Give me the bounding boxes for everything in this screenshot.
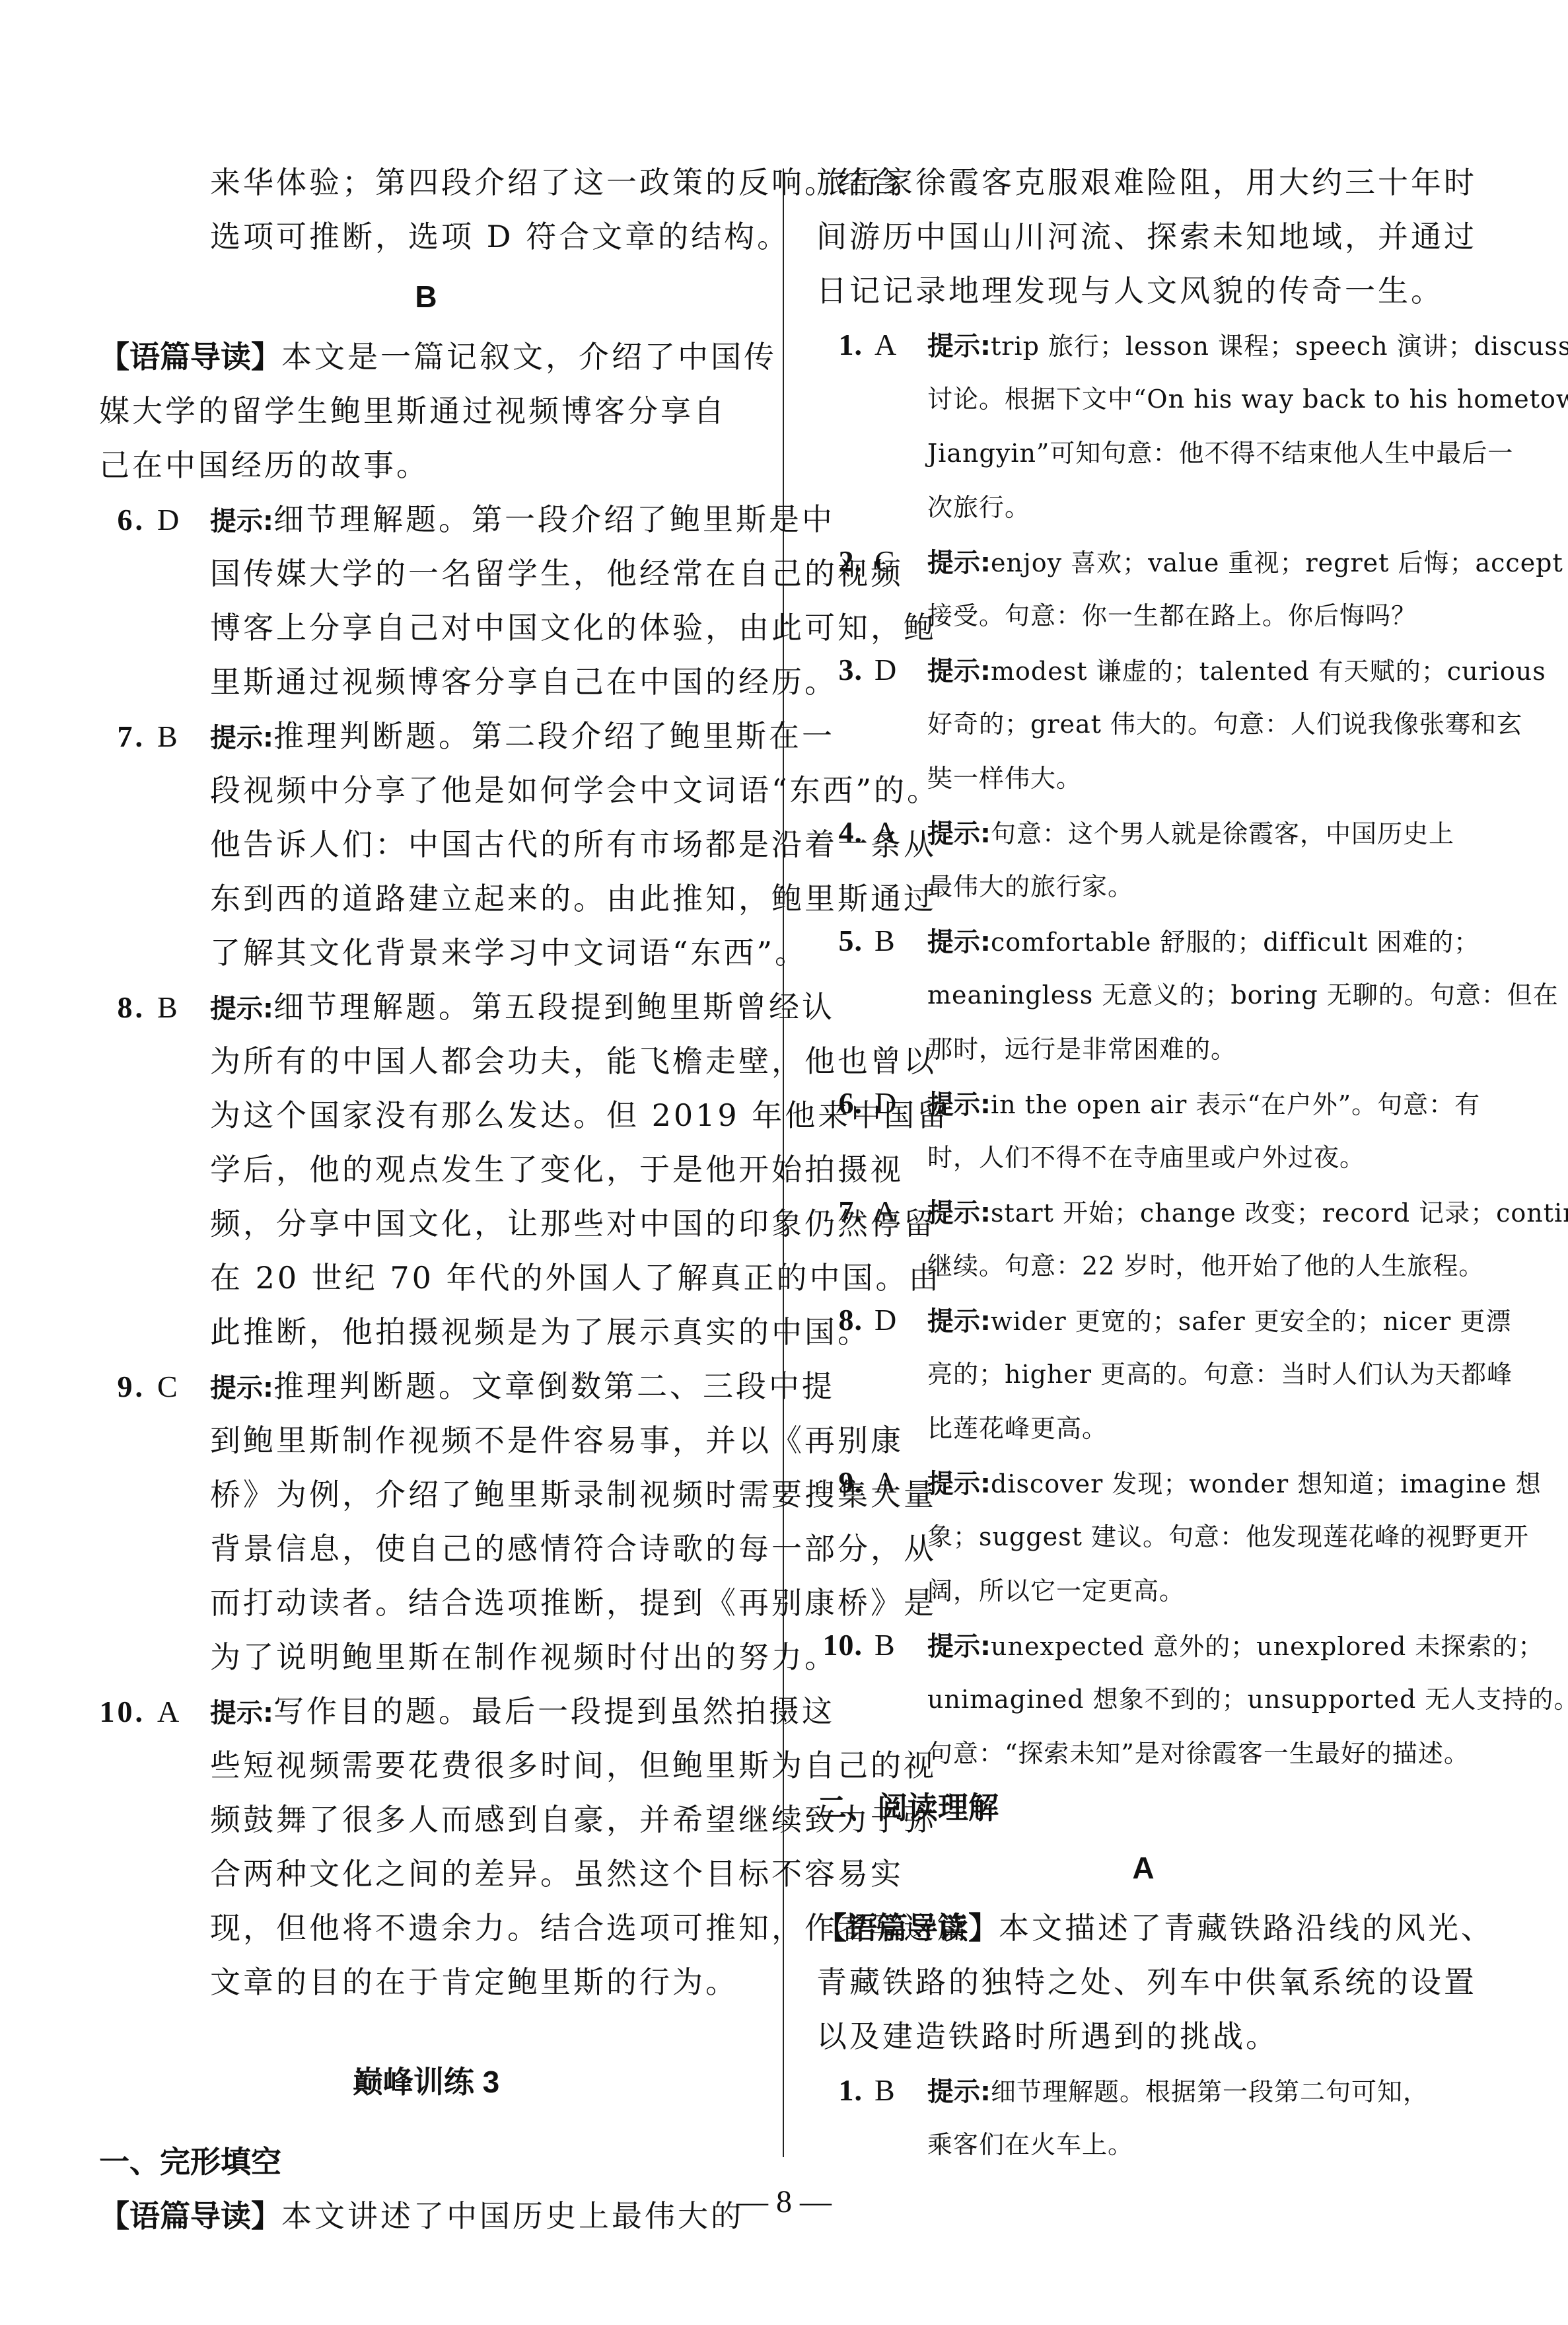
question-number: 3. <box>816 643 863 697</box>
question-8: 8.D提示:wider 更宽的；safer 更安全的；nicer 更漂 <box>816 1293 1470 1347</box>
question-answer: D <box>863 1076 927 1130</box>
question-answer: B <box>863 2063 927 2118</box>
hint-text: 细节理解题。第一段介绍了鲍里斯是中 <box>273 501 835 537</box>
hint-text: discover 发现；wonder 想知道；imagine 想 <box>991 1469 1542 1498</box>
section-heading-a: A <box>816 1835 1470 1901</box>
question-answer: C <box>145 1360 210 1414</box>
guide-tag: 【语篇导读】 <box>816 1910 999 1946</box>
text-line: 象；suggest 建议。句意：他发现莲花峰的视野更开 <box>816 1510 1470 1564</box>
hint-text: 细节理解题。第五段提到鲍里斯曾经认 <box>273 989 835 1025</box>
hint-text: 推理判断题。文章倒数第二、三段中提 <box>273 1368 835 1404</box>
text-line: 博客上分享自己对中国文化的体验，由此可知，鲍 <box>99 601 753 655</box>
question-number: 9. <box>99 1360 145 1414</box>
section-heading-b: B <box>99 264 753 330</box>
question-answer: B <box>863 914 927 968</box>
text-line: 国传媒大学的一名留学生，他经常在自己的视频 <box>99 546 753 601</box>
text-line: 最伟大的旅行家。 <box>816 860 1470 914</box>
question-answer: B <box>863 1618 927 1672</box>
question-2: 2.C提示:enjoy 喜欢；value 重视；regret 后悔；accept <box>816 535 1470 589</box>
hint-label: 提示: <box>927 1469 991 1499</box>
guide-paragraph: 【语篇导读】本文是一篇记叙文，介绍了中国传 <box>99 330 753 384</box>
text-line: 合两种文化之间的差异。虽然这个目标不容易实 <box>99 1847 753 1901</box>
text-line: 句意：“探索未知”是对徐霞客一生最好的描述。 <box>816 1726 1470 1781</box>
text-line: 己在中国经历的故事。 <box>99 438 753 492</box>
guide-text: 本文是一篇记叙文，介绍了中国传 <box>281 339 777 375</box>
question-answer: D <box>863 643 927 697</box>
text-line: 时，人们不得不在寺庙里或户外过夜。 <box>816 1130 1470 1185</box>
hint-label: 提示: <box>927 1306 991 1337</box>
page-number: — 8 — <box>0 2184 1568 2220</box>
question-number: 10. <box>99 1685 145 1739</box>
hint-text: 推理判断题。第二段介绍了鲍里斯在一 <box>273 718 835 754</box>
question-answer: A <box>145 1685 210 1739</box>
text-line: 而打动读者。结合选项推断，提到《再别康桥》是 <box>99 1576 753 1630</box>
question-number: 8. <box>99 980 145 1035</box>
left-column: 来华体验；第四段介绍了这一政策的反响。结合 选项可推断，选项 D 符合文章的结构… <box>99 155 753 2243</box>
question-number: 2. <box>816 535 863 589</box>
reading-question-1: 1.B提示:细节理解题。根据第一段第二句可知， <box>816 2063 1470 2118</box>
question-7: 7.A提示:start 开始；change 改变；record 记录；conti… <box>816 1185 1470 1239</box>
text-line: 为所有的中国人都会功夫，能飞檐走壁，他也曾以 <box>99 1034 753 1088</box>
text-line: 乘客们在火车上。 <box>816 2118 1470 2172</box>
text-line: 他告诉人们：中国古代的所有市场都是沿着一条从 <box>99 817 753 871</box>
question-number: 4. <box>816 805 863 860</box>
hint-text: start 开始；change 改变；record 记录；continue <box>991 1199 1568 1228</box>
hint-text: enjoy 喜欢；value 重视；regret 后悔；accept <box>991 548 1563 577</box>
question-9: 9.A提示:discover 发现；wonder 想知道；imagine 想 <box>816 1456 1470 1510</box>
question-number: 10. <box>816 1618 863 1672</box>
hint-label: 提示: <box>210 1698 273 1728</box>
text-line: 继续。句意：22 岁时，他开始了他的人生旅程。 <box>816 1239 1470 1293</box>
hint-label: 提示: <box>927 1198 991 1228</box>
text-line: Jiangyin”可知句意：他不得不结束他人生中最后一 <box>816 426 1470 480</box>
question-answer: A <box>863 805 927 860</box>
question-answer: C <box>863 535 927 589</box>
text-line: 间游历中国山川河流、探索未知地域，并通过 <box>816 209 1470 264</box>
text-line: 现，但他将不遗余力。结合选项可推知，作者写这篇 <box>99 1901 753 1955</box>
text-line: 亮的；higher 更高的。句意：当时人们认为天都峰 <box>816 1347 1470 1401</box>
hint-label: 提示: <box>927 331 991 361</box>
question-number: 1. <box>816 318 863 372</box>
hint-label: 提示: <box>210 1373 273 1403</box>
hint-label: 提示: <box>927 2077 991 2107</box>
question-3: 3.D提示:modest 谦虚的；talented 有天赋的；curious <box>816 643 1470 697</box>
question-9: 9.C提示:推理判断题。文章倒数第二、三段中提 <box>99 1359 753 1413</box>
answer-key-page: 来华体验；第四段介绍了这一政策的反响。结合 选项可推断，选项 D 符合文章的结构… <box>0 0 1568 2325</box>
hint-label: 提示: <box>927 1089 991 1120</box>
question-4: 4.A提示:句意：这个男人就是徐霞客，中国历史上 <box>816 805 1470 860</box>
text-line: 以及建造铁路时所遇到的挑战。 <box>816 2009 1470 2063</box>
question-number: 1. <box>816 2063 863 2118</box>
hint-text: in the open air 表示“在户外”。句意：有 <box>991 1090 1480 1119</box>
hint-label: 提示: <box>927 819 991 849</box>
question-6: 6.D提示:细节理解题。第一段介绍了鲍里斯是中 <box>99 492 753 546</box>
text-line: 些短视频需要花费很多时间，但鲍里斯为自己的视 <box>99 1738 753 1792</box>
text-line: 背景信息，使自己的感情符合诗歌的每一部分，从 <box>99 1522 753 1576</box>
hint-text: 写作目的题。最后一段提到虽然拍摄这 <box>273 1693 835 1729</box>
text-line: 里斯通过视频博客分享自己在中国的经历。 <box>99 655 753 709</box>
text-line: 东到西的道路建立起来的。由此推知，鲍里斯通过 <box>99 871 753 926</box>
question-6: 6.D提示:in the open air 表示“在户外”。句意：有 <box>816 1076 1470 1130</box>
hint-label: 提示: <box>210 506 273 536</box>
text-line: 旅行家徐霞客克服艰难险阻，用大约三十年时 <box>816 155 1470 209</box>
text-line: 为了说明鲍里斯在制作视频时付出的努力。 <box>99 1630 753 1684</box>
text-line: 文章的目的在于肯定鲍里斯的行为。 <box>99 1955 753 2009</box>
text-line: 频鼓舞了很多人而感到自豪，并希望继续致力于弥 <box>99 1792 753 1847</box>
text-line: 接受。句意：你一生都在路上。你后悔吗？ <box>816 589 1470 643</box>
hint-text: comfortable 舒服的；difficult 困难的； <box>991 928 1479 957</box>
question-answer: D <box>145 493 210 547</box>
question-answer: D <box>863 1293 927 1347</box>
text-line: 讨论。根据下文中“On his way back to his hometown <box>816 372 1470 426</box>
text-line: 学后，他的观点发生了变化，于是他开始拍摄视 <box>99 1142 753 1197</box>
text-line: 了解其文化背景来学习中文词语“东西”。 <box>99 926 753 980</box>
text-line: 桥》为例，介绍了鲍里斯录制视频时需要搜集大量 <box>99 1467 753 1522</box>
text-line: 阔，所以它一定更高。 <box>816 1564 1470 1618</box>
hint-label: 提示: <box>210 723 273 753</box>
text-line: 好奇的；great 伟大的。句意：人们说我像张骞和玄 <box>816 697 1470 751</box>
question-answer: A <box>863 1456 927 1510</box>
hint-text: modest 谦虚的；talented 有天赋的；curious <box>991 657 1546 686</box>
hint-text: unexpected 意外的；unexplored 未探索的； <box>991 1632 1544 1661</box>
question-number: 5. <box>816 914 863 968</box>
question-number: 6. <box>99 493 145 547</box>
text-line: 段视频中分享了他是如何学会中文词语“东西”的。 <box>99 763 753 817</box>
guide-paragraph: 【语篇导读】本文描述了青藏铁路沿线的风光、 <box>816 1901 1470 1955</box>
question-number: 7. <box>816 1185 863 1239</box>
question-answer: B <box>145 710 210 764</box>
text-line: 媒大学的留学生鲍里斯通过视频博客分享自 <box>99 384 753 438</box>
text-line: 比莲花峰更高。 <box>816 1401 1470 1456</box>
hint-text: 细节理解题。根据第一段第二句可知， <box>991 2077 1429 2106</box>
guide-tag: 【语篇导读】 <box>99 339 281 375</box>
question-answer: A <box>863 1185 927 1239</box>
question-number: 7. <box>99 710 145 764</box>
question-10: 10.A提示:写作目的题。最后一段提到虽然拍摄这 <box>99 1684 753 1738</box>
text-line: 来华体验；第四段介绍了这一政策的反响。结合 <box>99 155 753 209</box>
text-line: 次旅行。 <box>816 480 1470 535</box>
question-7: 7.B提示:推理判断题。第二段介绍了鲍里斯在一 <box>99 709 753 763</box>
hint-text: wider 更宽的；safer 更安全的；nicer 更漂 <box>991 1307 1511 1336</box>
right-column: 旅行家徐霞客克服艰难险阻，用大约三十年时 间游历中国山川河流、探索未知地域，并通… <box>816 155 1470 2172</box>
text-line: 奘一样伟大。 <box>816 751 1470 805</box>
question-1: 1.A提示:trip 旅行；lesson 课程；speech 演讲；discus… <box>816 318 1470 372</box>
text-line: 那时，远行是非常困难的。 <box>816 1022 1470 1076</box>
question-answer: A <box>863 318 927 372</box>
question-5: 5.B提示:comfortable 舒服的；difficult 困难的； <box>816 914 1470 968</box>
text-line: 为这个国家没有那么发达。但 2019 年他来中国留 <box>99 1088 753 1142</box>
text-line: unimagined 想象不到的；unsupported 无人支持的。 <box>816 1672 1470 1726</box>
text-line: 到鲍里斯制作视频不是件容易事，并以《再别康 <box>99 1413 753 1467</box>
question-number: 8. <box>816 1293 863 1347</box>
question-10: 10.B提示:unexpected 意外的；unexplored 未探索的； <box>816 1618 1470 1672</box>
guide-text: 本文描述了青藏铁路沿线的风光、 <box>999 1910 1494 1946</box>
hint-text: 句意：这个男人就是徐霞客，中国历史上 <box>991 819 1454 848</box>
text-line: 频，分享中国文化，让那些对中国的印象仍然停留 <box>99 1197 753 1251</box>
question-8: 8.B提示:细节理解题。第五段提到鲍里斯曾经认 <box>99 980 753 1034</box>
part2-heading: 二、阅读理解 <box>816 1781 1470 1835</box>
text-line: meaningless 无意义的；boring 无聊的。句意：但在 <box>816 968 1470 1022</box>
hint-label: 提示: <box>927 548 991 578</box>
hint-label: 提示: <box>927 1631 991 1662</box>
question-number: 9. <box>816 1456 863 1510</box>
question-answer: B <box>145 980 210 1035</box>
text-line: 青藏铁路的独特之处、列车中供氧系统的设置 <box>816 1955 1470 2009</box>
training-title: 巅峰训练 3 <box>99 2049 753 2115</box>
hint-text: trip 旅行；lesson 课程；speech 演讲；discussion <box>991 332 1568 361</box>
hint-label: 提示: <box>927 656 991 686</box>
text-line: 此推断，他拍摄视频是为了展示真实的中国。 <box>99 1305 753 1359</box>
hint-label: 提示: <box>927 927 991 957</box>
question-number: 6. <box>816 1076 863 1130</box>
text-line: 选项可推断，选项 D 符合文章的结构。 <box>99 209 753 264</box>
hint-label: 提示: <box>210 994 273 1024</box>
text-line: 日记记录地理发现与人文风貌的传奇一生。 <box>816 264 1470 318</box>
text-line: 在 20 世纪 70 年代的外国人了解真正的中国。由 <box>99 1251 753 1305</box>
part1-heading: 一、完形填空 <box>99 2135 753 2189</box>
